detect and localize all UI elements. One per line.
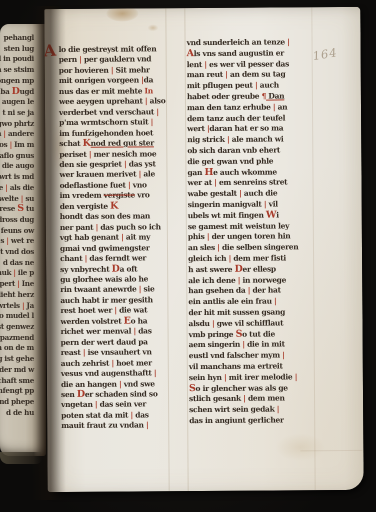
text-line: vmb pringe So tut die	[189, 329, 313, 341]
text-line: singerin manigvalt | vil	[188, 199, 312, 211]
text-line: alder md w	[0, 365, 42, 376]
text-line: verderbet vnd verschaut |	[59, 107, 167, 118]
rubric-capital: D	[12, 86, 20, 97]
text-line: pern der wert daud pa	[61, 337, 169, 348]
text-line: m augen le	[0, 97, 42, 108]
text-line: gan He auch wkomme	[187, 167, 311, 179]
text-line: os | Im m	[0, 140, 42, 151]
text-line: gmai vnd gwimengster	[60, 243, 168, 254]
text-line: richet wer menval | das	[61, 326, 169, 337]
page-stack-edge	[0, 452, 42, 464]
text-line: t ni se ja	[0, 108, 42, 119]
text-line: sein hyn | mit irer melodie |	[189, 372, 313, 384]
text-line: phis | der ungen toren hin	[188, 232, 312, 244]
text-line: p'ma wrmtschorn stuit |	[59, 117, 167, 128]
text-line: den vergiste K	[60, 201, 168, 212]
manuscript-page: 164 Alo die gestreyst mit offenpern | pe…	[44, 7, 363, 492]
text-line: e pazmend	[0, 333, 42, 344]
rubric-mark: |	[274, 297, 277, 306]
text-line: ongen mp	[0, 76, 42, 87]
text-line: nus das er mit mehte In	[59, 86, 167, 97]
text-line: huk | ile p	[0, 268, 42, 279]
text-line: aem singerin | die in mit	[189, 340, 313, 352]
text-line: mit onrigen vorgeen |da	[59, 76, 167, 87]
rubric-mark: |	[287, 37, 290, 46]
text-line: sten lug	[0, 44, 42, 55]
text-line: pert | Ine	[0, 279, 42, 290]
text-line: ere | als die	[0, 183, 42, 194]
text-line: wee aeygen uprehant | also	[59, 97, 167, 108]
text-line: auch zehrist | hoet mer	[61, 358, 169, 369]
text-line: nfengt pp	[0, 386, 42, 397]
text-line: gleich ich | dem mer fisti	[188, 253, 312, 265]
text-line: por hovieren | Sit mehr	[59, 65, 167, 76]
text-line: mauit fraut zu vndan |	[61, 421, 169, 432]
text-line: odeflastione fuet | vno	[60, 180, 168, 191]
facing-page-edge: pehanglsten lugd in poudiln se stsimonge…	[0, 24, 46, 456]
text-line: h ast swere Der ellesp	[188, 264, 312, 276]
text-line: an sles | die selben singeren	[188, 242, 312, 254]
text-line: werden volstret Eo ha	[60, 316, 168, 327]
text-line: prese S tu	[0, 204, 42, 215]
text-line: habet oder greube ¶ Dan	[187, 91, 311, 103]
text-line: Als vns sand augustin er	[187, 48, 311, 60]
text-line: die augo	[0, 161, 42, 172]
text-line: ssig ist gehe	[0, 354, 42, 365]
text-line: rin twaant anewrde | sie	[60, 285, 168, 296]
text-line: ob sich daran vnb ehert	[187, 145, 311, 157]
text-line: schaft sme	[0, 376, 42, 387]
folio-number: 164	[312, 45, 339, 63]
text-line: dross dug	[0, 215, 42, 226]
rubric-capital: D	[77, 389, 85, 400]
rubric-mark: |	[277, 405, 280, 414]
text-line: und phepe	[0, 397, 42, 408]
text-line: o mudel l	[0, 311, 42, 322]
text-line: ln se stsim	[0, 65, 42, 76]
text-line: schen wirt sein gedak |	[189, 404, 313, 416]
text-line: vesus vnd augensthaftt |	[61, 368, 169, 379]
text-line: t vnd dos	[0, 247, 42, 258]
text-line: d in poudi	[0, 54, 42, 65]
text-line: hondt das son des man	[60, 212, 168, 223]
text-line: wer at | em senreins stret	[188, 178, 312, 190]
text-line: nig strick | ale manch wi	[187, 134, 311, 146]
text-line: man reut | an dem su tag	[187, 70, 311, 82]
text-line: sen Der schaden sind so	[61, 389, 169, 400]
rubric-mark: |	[295, 372, 298, 381]
text-line: alsdu | gwe vil schifflaut	[188, 318, 312, 330]
text-line: pehangl	[0, 33, 42, 44]
text-line: s | wet re	[0, 236, 42, 247]
text-line: reast | ise vnsauhert vn	[61, 347, 169, 358]
text-line: periset | mer nesich moe	[59, 149, 167, 160]
text-column-right: vnd sunderleich an tenze |Als vns sand a…	[187, 37, 314, 427]
text-line: stlich gesank | dem men	[189, 394, 313, 406]
rubric-capital: H	[204, 166, 213, 177]
text-line: So ir glencher was als ge	[189, 383, 313, 395]
text-line: Alo die gestreyst mit offen	[59, 44, 167, 55]
stain-top-small	[147, 24, 158, 31]
text-line: eustl vnd falscher mym |	[189, 350, 313, 362]
text-line: wrt is md	[0, 172, 42, 183]
text-line: mit pflugen peut | auch	[187, 80, 311, 92]
text-line: vil manchans ma ertreit	[189, 361, 313, 373]
text-line: gwo phrtz	[0, 119, 42, 130]
rubric-mark: |	[282, 351, 285, 360]
text-line: wabe gestalt | auch die	[188, 188, 312, 200]
text-line: auch habt ir mer gesith	[60, 295, 168, 306]
text-line: in lieht herz	[0, 290, 42, 301]
text-line: on | andere	[0, 129, 42, 140]
text-column-left: Alo die gestreyst mit offenpern | per ga…	[59, 44, 170, 432]
text-line: vgt hab genant | ait my	[60, 232, 168, 243]
text-line: ere feuns ow	[0, 226, 42, 237]
text-line: sy vnbyrecht Da oft	[60, 264, 168, 275]
rubric-mark: In	[144, 86, 152, 95]
text-line: ch on de m	[0, 343, 42, 354]
illuminated-initial: A	[44, 43, 56, 60]
text-line: ein antlis ale ein frau |	[188, 296, 312, 308]
text-line: han gsehen da | der hat	[188, 286, 312, 298]
text-line: vngetan | das sein ver	[61, 400, 169, 411]
text-line: wert |daran hat er so ma	[187, 124, 311, 136]
text-line: se gamest mit weistun ley	[188, 221, 312, 233]
text-line: man den tanz erhube | an	[187, 102, 311, 114]
text-line: rest hoet wer | die wat	[60, 306, 168, 317]
text-line: poten stat da mit | das	[61, 410, 169, 421]
text-line: ba Dugd	[0, 87, 42, 98]
text-line: pern | per gauklern vnd	[59, 55, 167, 66]
stain-top	[106, 7, 138, 22]
text-line: lent | es wer vil pesser das	[187, 59, 311, 71]
text-line: der hit mit sussen gsang	[188, 307, 312, 319]
text-line: ale ich dene | in norwege	[188, 275, 312, 287]
text-line: das in angiunt gerlicher	[189, 415, 313, 427]
text-line: schat Knod red gut ster	[59, 138, 167, 149]
text-line: ner pant | das puch so ich	[60, 222, 168, 233]
text-line: wer krauen merivet | ale	[59, 170, 167, 181]
rubric-mark: |	[151, 118, 154, 127]
facing-page-text: pehanglsten lugd in poudiln se stsimonge…	[0, 24, 42, 418]
rubric-mark: |	[146, 421, 149, 430]
stain-bottom	[275, 433, 325, 461]
text-line: gu glorhee wais alo he	[60, 274, 168, 285]
text-line: aflo gnus	[0, 151, 42, 162]
ruling-line-horizontal	[300, 450, 362, 451]
text-line: wrtels | Ja	[0, 301, 42, 312]
text-line: st genwez	[0, 322, 42, 333]
text-line: vnd sunderleich an tenze |	[187, 37, 311, 49]
rubric-mark: |	[154, 368, 157, 377]
rubric-capital: K	[110, 200, 118, 211]
text-line: d das ne	[0, 258, 42, 269]
rubric-mark: |	[156, 107, 159, 116]
text-line: dem tanz auch der teufel	[187, 113, 311, 125]
text-line: d de hu	[0, 408, 42, 419]
rubric-capital: W	[266, 209, 276, 220]
text-line: ubels wt mit fingen Wi	[188, 210, 312, 222]
text-line: den sie gespriet | das yst	[59, 159, 167, 170]
